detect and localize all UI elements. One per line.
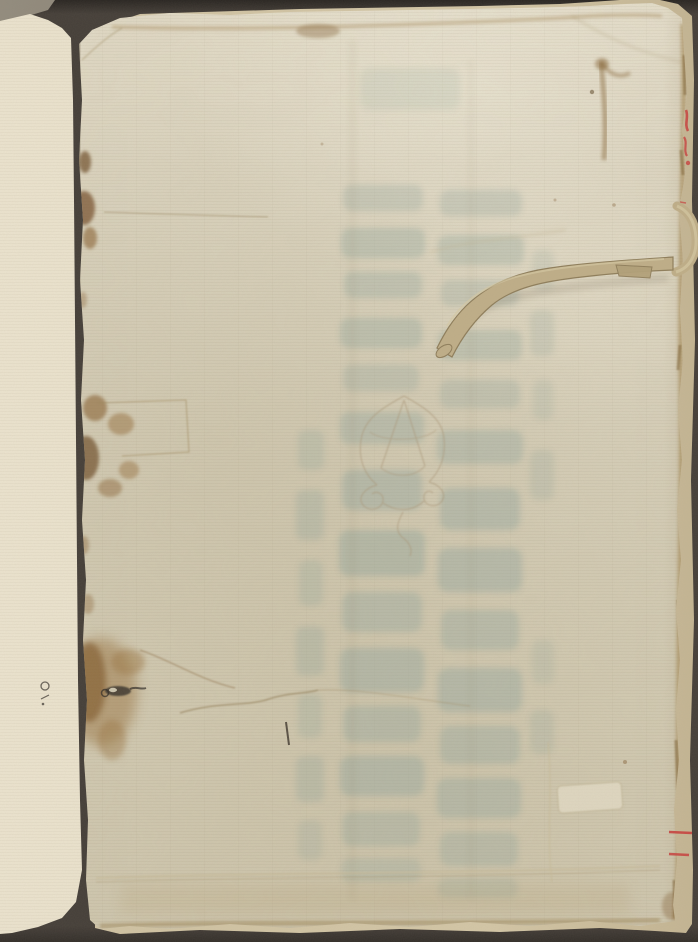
manuscript-photo bbox=[0, 0, 698, 942]
photo-grain bbox=[0, 0, 698, 942]
page-detail-overlay bbox=[0, 0, 698, 942]
